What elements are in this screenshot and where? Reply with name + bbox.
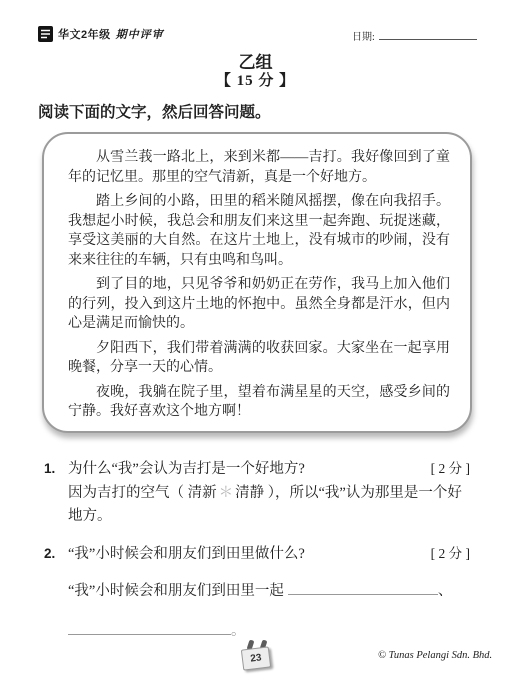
question-1-text: 为什么“我”会认为吉打是一个好地方?: [68, 457, 305, 478]
publisher-logo-icon: [38, 26, 53, 42]
star-marker-icon: ＊: [217, 485, 236, 501]
question-2-text: “我”小时候会和朋友们到田里做什么?: [68, 542, 305, 563]
page-number-icon: 23: [239, 639, 275, 673]
answer-1-prefix: 因为吉打的空气（ 清新: [68, 485, 217, 501]
header-left: 华文2年级 期中评审: [38, 26, 164, 42]
question-2: 2. “我”小时候会和朋友们到田里做什么? [ 2 分 ]: [44, 542, 470, 563]
assessment-title: 期中评审: [116, 26, 164, 42]
passage-paragraph: 到了目的地，只见爷爷和奶奶正在劳作，我马上加入他们的行列，投入到这片土地的怀抱中…: [68, 275, 450, 334]
question-1-number: 1.: [44, 461, 68, 476]
section-marks: 【 15 分 】: [0, 69, 511, 90]
answer-blank-2: [68, 623, 231, 635]
instruction-text: 阅读下面的文字，然后回答问题。: [38, 100, 271, 122]
question-1: 1. 为什么“我”会认为吉打是一个好地方? [ 2 分 ]: [44, 457, 470, 478]
page-number: 23: [250, 652, 262, 664]
answer-2-punct-1: 、: [438, 583, 453, 599]
reading-passage-box: 从雪兰莪一路北上，来到米都——吉打。我好像回到了童年的记忆里。那里的空气清新，真…: [42, 132, 472, 433]
passage-paragraph: 踏上乡间的小路，田里的稻米随风摇摆，像在向我招手。我想起小时候，我总会和朋友们来…: [68, 192, 450, 270]
date-field: 日期:: [352, 28, 477, 43]
date-blank-line: [379, 29, 477, 40]
question-2-number: 2.: [44, 546, 68, 561]
question-2-answer-line-1: “我”小时候会和朋友们到田里一起、: [68, 580, 472, 603]
passage-paragraph: 夜晚，我躺在院子里，望着布满星星的天空，感受乡间的宁静。我好喜欢这个地方啊！: [68, 383, 450, 422]
passage-paragraph: 从雪兰莪一路北上，来到米都——吉打。我好像回到了童年的记忆里。那里的空气清新，真…: [68, 148, 450, 187]
date-label: 日期:: [352, 32, 375, 43]
worksheet-page: 华文2年级 期中评审 日期: 乙组 【 15 分 】 阅读下面的文字，然后回答问…: [0, 0, 511, 700]
answer-2-punct-2: 。: [231, 623, 246, 639]
answer-2-lead: “我”小时候会和朋友们到田里一起: [68, 583, 284, 599]
question-1-marks: [ 2 分 ]: [431, 457, 470, 477]
passage-paragraph: 夕阳西下，我们带着满满的收获回家。大家坐在一起享用晚餐，分享一天的心情。: [68, 339, 450, 378]
question-2-marks: [ 2 分 ]: [431, 542, 470, 562]
course-title: 华文2年级: [58, 26, 111, 42]
answer-blank-1: [288, 583, 438, 595]
page-number-sheet: 23: [241, 646, 271, 670]
question-1-answer: 因为吉打的空气（ 清新＊清静 ），所以“我”认为那里是一个好地方。: [68, 482, 472, 528]
copyright-text: © Tunas Pelangi Sdn. Bhd.: [378, 650, 492, 661]
